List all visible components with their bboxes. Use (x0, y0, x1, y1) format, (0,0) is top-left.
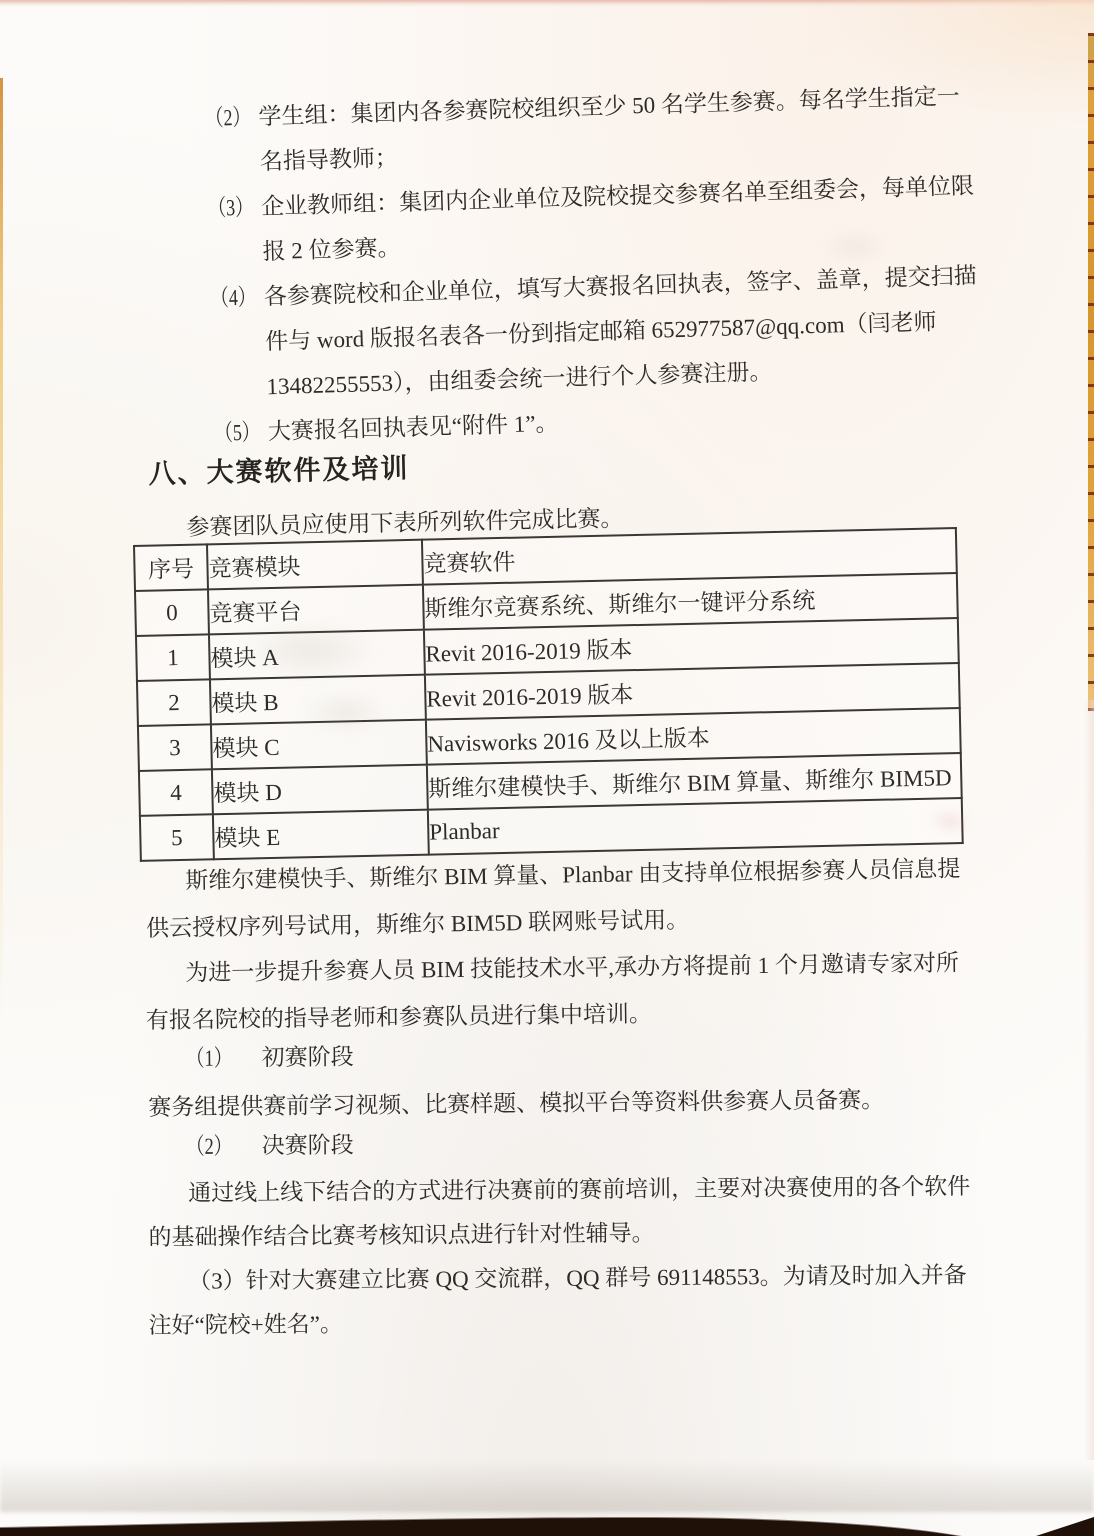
list-item-2-number: （2） (205, 95, 251, 141)
stage-preliminary-body: 赛务组提供赛前学习视频、比赛样题、模拟平台等资料供参赛人员备赛。 (148, 1076, 884, 1131)
qq-group-line-2: 注好“院校+姓名”。 (148, 1298, 967, 1348)
qq-group-line-1: （3）针对大赛建立比赛 QQ 交流群，QQ 群号 691148553。为请及时加… (148, 1254, 967, 1304)
software-table: 序号 竞赛模块 竞赛软件 0 竞赛平台 斯维尔竞赛系统、斯维尔一键评分系统 1 … (133, 527, 964, 862)
stage-preliminary-number: （1） (186, 1044, 232, 1074)
cell-index: 3 (138, 724, 212, 771)
qq-group-paragraph: （3）针对大赛建立比赛 QQ 交流群，QQ 群号 691148553。为请及时加… (148, 1254, 967, 1348)
page-corner-tint (814, 0, 1094, 130)
stage-final-heading: （2） 决赛阶段 (186, 1130, 354, 1162)
scan-smudge (240, 620, 380, 680)
scanned-page: （2） 学生组：集团内各参赛院校组织至少 50 名学生参赛。每名学生指定一 名指… (0, 0, 1094, 1536)
cell-index: 1 (136, 634, 210, 681)
stage-final-line-1: 通过线上线下结合的方式进行决赛前的赛前培训，主要对决赛使用的各个软件 (148, 1165, 970, 1216)
cell-index: 2 (137, 679, 211, 726)
page-right-edge-pale (1084, 700, 1094, 1460)
col-header-index: 序号 (134, 544, 208, 591)
stage-preliminary-heading: （1） 初赛阶段 (186, 1042, 354, 1074)
section-heading: 八、大赛软件及培训 (148, 446, 410, 491)
scan-smudge (820, 230, 890, 264)
software-table-wrap: 序号 竞赛模块 竞赛软件 0 竞赛平台 斯维尔竞赛系统、斯维尔一键评分系统 1 … (133, 527, 964, 862)
stage-preliminary-title: 初赛阶段 (261, 1042, 353, 1073)
paragraph-training: 为进一步提升参赛人员 BIM 技能技术水平,承办方将提前 1 个月邀请专家对所 … (145, 939, 960, 1044)
list-item-3-number: （3） (208, 185, 254, 231)
stage-final-number: （2） (186, 1132, 232, 1162)
registration-list: （2） 学生组：集团内各参赛院校组织至少 50 名学生参赛。每名学生指定一 名指… (0, 72, 1030, 462)
cell-module: 模块 E (213, 810, 429, 860)
list-item-4-number: （4） (210, 275, 256, 321)
cell-index: 4 (139, 769, 213, 816)
stage-final-line-2: 的基础操作结合比赛考核知识点进行针对性辅导。 (148, 1209, 970, 1260)
stage-final-title: 决赛阶段 (261, 1130, 353, 1161)
cell-index: 5 (140, 814, 214, 861)
cell-module: 模块 D (212, 765, 428, 815)
paragraph-training-line-2: 有报名院校的指导老师和参赛队员进行集中培训。 (146, 986, 960, 1044)
page-right-edge-strip (1088, 33, 1094, 711)
paragraph-license: 斯维尔建模快手、斯维尔 BIM 算量、Planbar 由支持单位根据参赛人员信息… (145, 845, 961, 952)
page-left-edge-strip (0, 78, 3, 1018)
cell-index: 0 (135, 589, 209, 636)
desk-surface-bottom-edge (0, 1502, 1094, 1536)
scan-smudge (930, 810, 970, 832)
scan-smudge (300, 690, 390, 735)
stage-final-body: 通过线上线下结合的方式进行决赛前的赛前培训，主要对决赛使用的各个软件 的基础操作… (148, 1165, 971, 1260)
col-header-module: 竞赛模块 (207, 540, 423, 590)
